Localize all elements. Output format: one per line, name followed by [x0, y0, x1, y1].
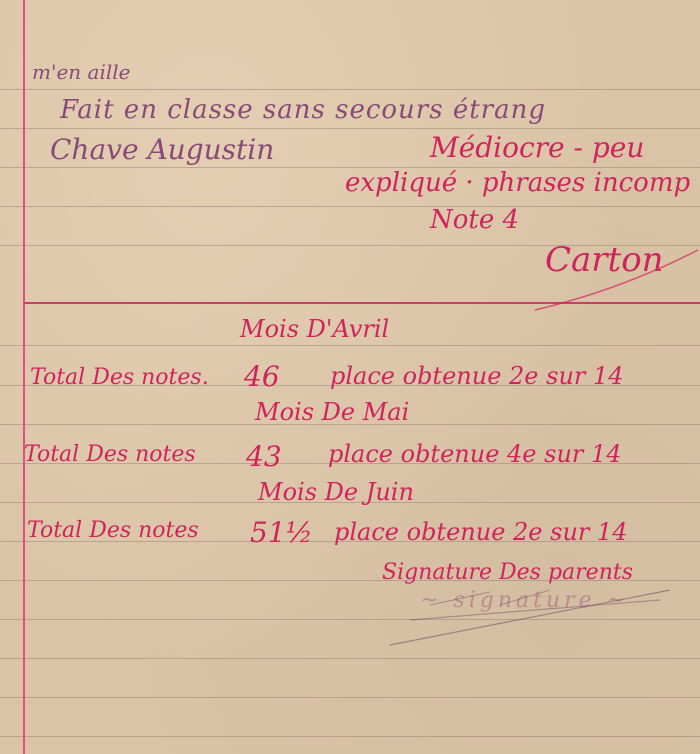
parent-signature-strokes — [370, 580, 690, 655]
text-line: Fait en classe sans secours étrang — [60, 95, 546, 125]
ruled-line — [0, 658, 700, 659]
ruled-line — [0, 736, 700, 737]
total-label: Total Des notes. — [30, 365, 209, 390]
rank-text: place obtenue 2e sur 14 — [330, 362, 624, 390]
rank-text: place obtenue 2e sur 14 — [334, 518, 628, 546]
text-line: m'en aille — [32, 60, 131, 84]
ruled-line — [0, 345, 700, 346]
grade-note: Note 4 — [430, 205, 519, 235]
ruled-line — [0, 128, 700, 129]
signature-flourish — [530, 240, 700, 320]
ruled-line — [0, 206, 700, 207]
notebook-page: m'en aille Fait en classe sans secours é… — [0, 0, 700, 754]
total-value: 51½ — [250, 516, 313, 549]
month-heading: Mois De Juin — [258, 478, 414, 506]
ruled-line — [0, 697, 700, 698]
total-label: Total Des notes — [24, 442, 196, 467]
total-value: 43 — [246, 440, 282, 473]
margin-line — [23, 0, 25, 754]
month-heading: Mois De Mai — [255, 398, 409, 426]
ruled-line — [0, 89, 700, 90]
total-label: Total Des notes — [27, 518, 199, 543]
rank-text: place obtenue 4e sur 14 — [328, 440, 622, 468]
total-value: 46 — [244, 360, 280, 393]
month-heading: Mois D'Avril — [240, 315, 389, 343]
student-name: Chave Augustin — [50, 133, 274, 166]
teacher-comment: expliqué · phrases incomp — [345, 168, 690, 198]
teacher-comment: Médiocre - peu — [430, 131, 644, 164]
